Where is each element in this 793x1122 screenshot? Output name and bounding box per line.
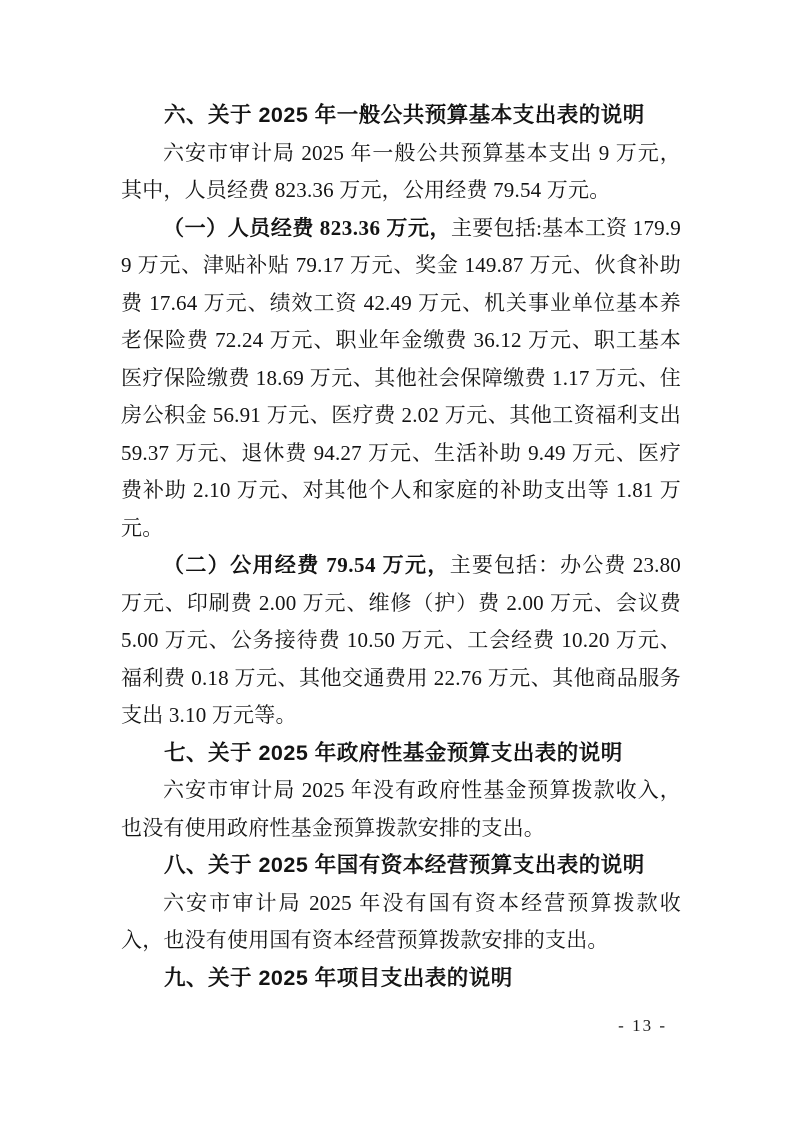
paragraph-personnel-expense: （一）人员经费 823.36 万元，主要包括:基本工资 179.99 万元、津贴… [121, 210, 681, 548]
section-heading-state-capital-budget: 八、关于 2025 年国有资本经营预算支出表的说明 [121, 847, 681, 885]
document-page: 六、关于 2025 年一般公共预算基本支出表的说明 六安市审计局 2025 年一… [0, 0, 793, 1122]
section-heading-govt-fund-budget: 七、关于 2025 年政府性基金预算支出表的说明 [121, 735, 681, 773]
section-heading-basic-expenditure: 六、关于 2025 年一般公共预算基本支出表的说明 [121, 97, 681, 135]
paragraph-lead-public-expense: （二）公用经费 79.54 万元， [163, 553, 450, 577]
page-number: - 13 - [618, 1014, 667, 1038]
paragraph-text-public-expense: 主要包括：办公费 23.80 万元、印刷费 2.00 万元、维修（护）费 2.0… [121, 553, 681, 727]
document-body: 六、关于 2025 年一般公共预算基本支出表的说明 六安市审计局 2025 年一… [121, 97, 681, 997]
section-heading-project-expenditure: 九、关于 2025 年项目支出表的说明 [121, 960, 681, 998]
paragraph-lead-personnel-expense: （一）人员经费 823.36 万元， [163, 216, 451, 240]
paragraph-govt-fund-budget: 六安市审计局 2025 年没有政府性基金预算拨款收入，也没有使用政府性基金预算拨… [121, 772, 681, 847]
paragraph-basic-expenditure-summary: 六安市审计局 2025 年一般公共预算基本支出 9 万元，其中，人员经费 823… [121, 135, 681, 210]
paragraph-public-expense: （二）公用经费 79.54 万元，主要包括：办公费 23.80 万元、印刷费 2… [121, 547, 681, 735]
paragraph-state-capital-budget: 六安市审计局 2025 年没有国有资本经营预算拨款收入，也没有使用国有资本经营预… [121, 885, 681, 960]
paragraph-text-personnel-expense: 主要包括:基本工资 179.99 万元、津贴补贴 79.17 万元、奖金 149… [121, 216, 681, 540]
